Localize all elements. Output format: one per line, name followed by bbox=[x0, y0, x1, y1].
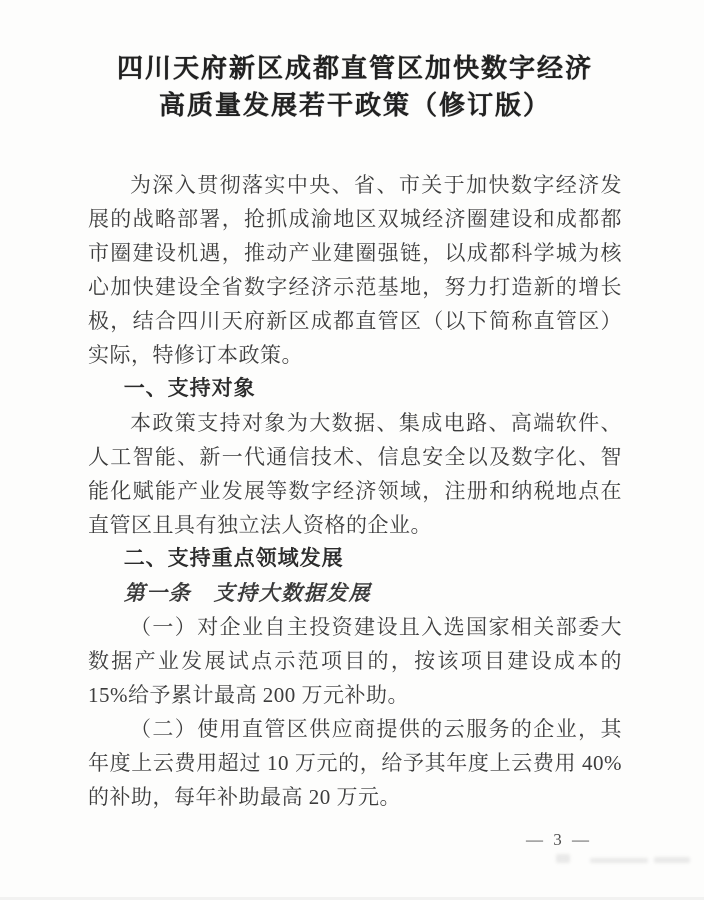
document-title: 四川天府新区成都直管区加快数字经济 高质量发展若干政策（修订版） bbox=[88, 50, 622, 124]
section-2-heading: 二、支持重点领域发展 bbox=[88, 542, 622, 576]
watermark-mark bbox=[654, 857, 690, 863]
article-1-heading: 第一条 支持大数据发展 bbox=[88, 576, 622, 610]
document-body: 四川天府新区成都直管区加快数字经济 高质量发展若干政策（修订版） 为深入贯彻落实… bbox=[88, 0, 622, 814]
document-title-line-1: 四川天府新区成都直管区加快数字经济 bbox=[88, 50, 622, 87]
section-1-body: 本政策支持对象为大数据、集成电路、高端软件、人工智能、新一代通信技术、信息安全以… bbox=[88, 406, 622, 542]
page-number: — 3 — bbox=[526, 830, 592, 850]
watermark-mark bbox=[590, 858, 648, 863]
article-1-clause-1: （一）对企业自主投资建设且入选国家相关部委大数据产业发展试点示范项目的，按该项目… bbox=[88, 610, 622, 712]
watermark-smudge bbox=[556, 852, 694, 868]
document-title-line-2: 高质量发展若干政策（修订版） bbox=[88, 87, 622, 124]
intro-paragraph: 为深入贯彻落实中央、省、市关于加快数字经济发展的战略部署，抢抓成渝地区双城经济圈… bbox=[88, 168, 622, 372]
scanned-document-page: 四川天府新区成都直管区加快数字经济 高质量发展若干政策（修订版） 为深入贯彻落实… bbox=[0, 0, 704, 900]
section-1-heading: 一、支持对象 bbox=[88, 372, 622, 406]
article-1-clause-2: （二）使用直管区供应商提供的云服务的企业，其年度上云费用超过 10 万元的，给予… bbox=[88, 712, 622, 814]
watermark-mark bbox=[556, 854, 570, 863]
